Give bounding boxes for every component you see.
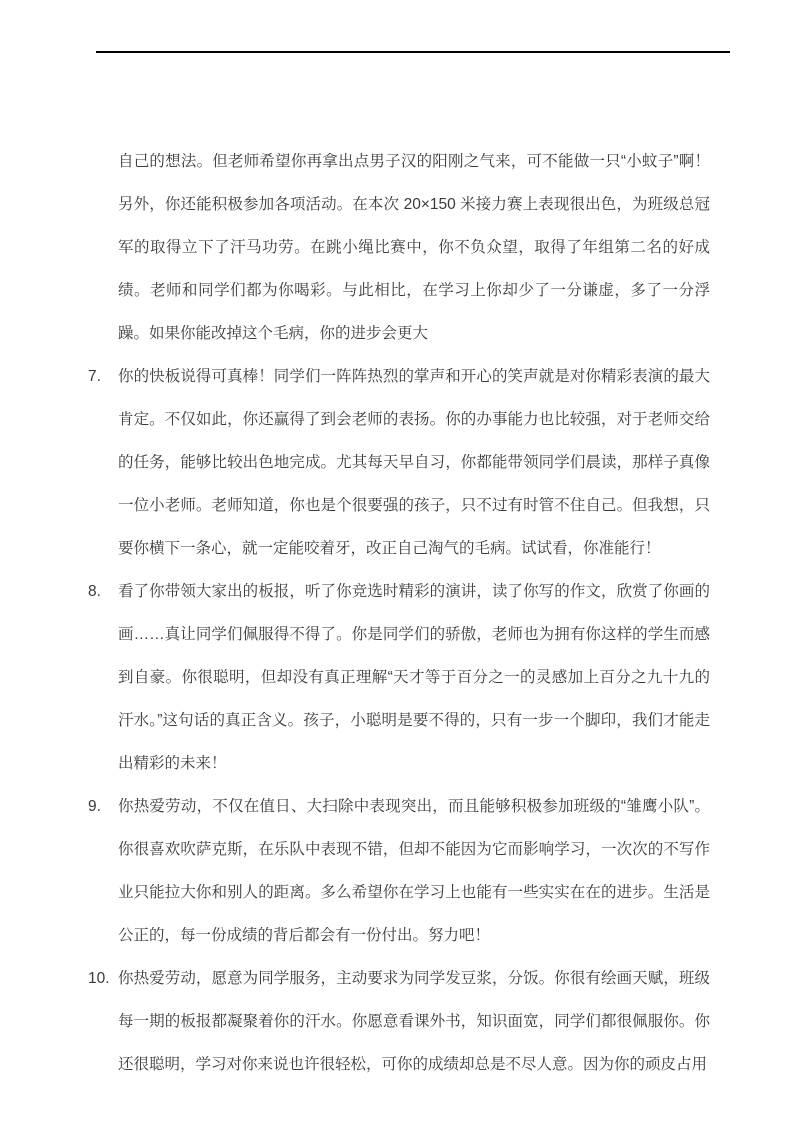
list-number: 9. — [88, 785, 116, 828]
list-number: 8. — [88, 570, 116, 613]
paragraph-item-7: 7. 你的快板说得可真棒！同学们一阵阵热烈的掌声和开心的笑声就是对你精彩表演的最… — [88, 355, 710, 570]
paragraph-text: 你热爱劳动，不仅在值日、大扫除中表现突出，而且能够积极参加班级的“雏鹰小队”。你… — [118, 785, 710, 957]
paragraph-text: 看了你带领大家出的板报，听了你竞选时精彩的演讲，读了你写的作文，欣赏了你画的画…… — [118, 570, 710, 785]
list-number: 10. — [88, 957, 116, 1000]
paragraph-continuation: 自己的想法。但老师希望你再拿出点男子汉的阳刚之气来，可不能做一只“小蚊子”啊！另… — [88, 140, 710, 355]
paragraph-item-10: 10. 你热爱劳动，愿意为同学服务，主动要求为同学发豆浆，分饭。你很有绘画天赋，… — [88, 957, 710, 1086]
header-rule — [96, 51, 730, 53]
document-page: 自己的想法。但老师希望你再拿出点男子汉的阳刚之气来，可不能做一只“小蚊子”啊！另… — [0, 0, 793, 1122]
paragraph-text: 自己的想法。但老师希望你再拿出点男子汉的阳刚之气来，可不能做一只“小蚊子”啊！另… — [118, 140, 710, 355]
paragraph-text: 你的快板说得可真棒！同学们一阵阵热烈的掌声和开心的笑声就是对你精彩表演的最大肯定… — [118, 355, 710, 570]
document-body: 自己的想法。但老师希望你再拿出点男子汉的阳刚之气来，可不能做一只“小蚊子”啊！另… — [88, 140, 710, 1086]
paragraph-item-8: 8. 看了你带领大家出的板报，听了你竞选时精彩的演讲，读了你写的作文，欣赏了你画… — [88, 570, 710, 785]
paragraph-item-9: 9. 你热爱劳动，不仅在值日、大扫除中表现突出，而且能够积极参加班级的“雏鹰小队… — [88, 785, 710, 957]
list-number: 7. — [88, 355, 116, 398]
paragraph-text: 你热爱劳动，愿意为同学服务，主动要求为同学发豆浆，分饭。你很有绘画天赋，班级每一… — [118, 957, 710, 1086]
